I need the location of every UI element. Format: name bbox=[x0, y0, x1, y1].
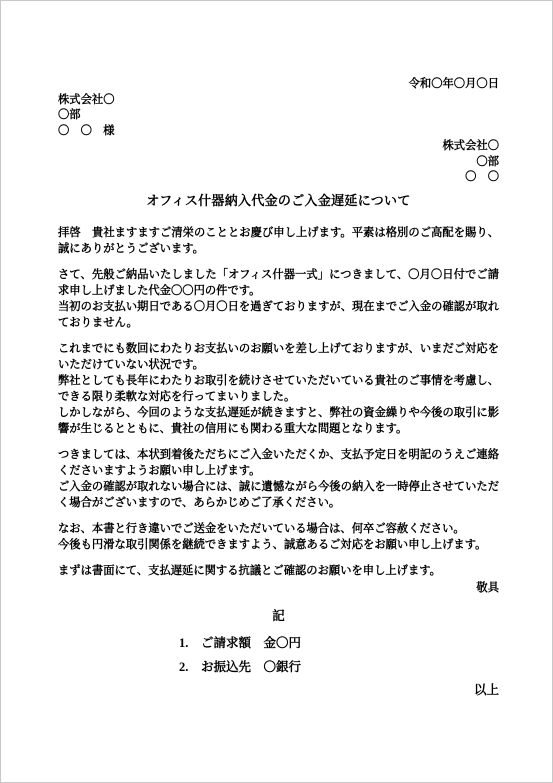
body-line: しかしながら、今回のような支払遅延が続きますと、弊社の資金繰りや今後の取引に影響… bbox=[58, 405, 499, 437]
record-item-text: ご請求額 金〇円 bbox=[201, 636, 301, 650]
record-heading: 記 bbox=[58, 608, 499, 625]
sender-department: 〇部 bbox=[58, 154, 499, 170]
recipient-department: 〇部 bbox=[58, 107, 499, 123]
body-line: ご入金の確認が取れない場合には、誠に遺憾ながら今後の納入を一時停止させていただく… bbox=[58, 479, 499, 511]
closing-keigu: 敬具 bbox=[58, 580, 499, 596]
paragraph-block: 拝啓 貴社ますますご清栄のこととお慶び申し上げます。平素は格別のご高配を賜り、誠… bbox=[58, 225, 499, 257]
paragraph-block: つきましては、本状到着後ただちにご入金いただくか、支払予定日を明記のうえご連絡く… bbox=[58, 447, 499, 511]
paragraph-block: これまでにも数回にわたりお支払いのお願いを差し上げておりますが、いまだご対応をい… bbox=[58, 341, 499, 437]
record-list: 1.ご請求額 金〇円2.お振込先 〇銀行 bbox=[58, 635, 499, 675]
body-line: これまでにも数回にわたりお支払いのお願いを差し上げておりますが、いまだご対応をい… bbox=[58, 341, 499, 373]
letter-page: 令和〇年〇月〇日 株式会社〇 〇部 〇 〇 様 株式会社〇 〇部 〇 〇 オフィ… bbox=[0, 0, 553, 783]
paragraph-block: なお、本書と行き違いでご送金をいただいている場合は、何卒ご容赦ください。今後も円… bbox=[58, 521, 499, 553]
end-marker: 以上 bbox=[58, 682, 499, 699]
recipient-block: 株式会社〇 〇部 〇 〇 様 bbox=[58, 92, 499, 139]
body-line: 当初のお支払い期日である〇月〇日を過ぎておりますが、現在までご入金の確認が取れて… bbox=[58, 299, 499, 331]
body-line: 拝啓 貴社ますますご清栄のこととお慶び申し上げます。平素は格別のご高配を賜り、誠… bbox=[58, 225, 499, 257]
body-line: つきましては、本状到着後ただちにご入金いただくか、支払予定日を明記のうえご連絡く… bbox=[58, 447, 499, 479]
record-item-text: お振込先 〇銀行 bbox=[201, 660, 301, 674]
sender-person: 〇 〇 bbox=[58, 169, 499, 185]
letter-date: 令和〇年〇月〇日 bbox=[58, 76, 499, 92]
letter-title: オフィス什器納入代金のご入金遅延について bbox=[58, 192, 499, 211]
sender-block: 株式会社〇 〇部 〇 〇 bbox=[58, 138, 499, 185]
record-item: 1.ご請求額 金〇円 bbox=[179, 635, 499, 651]
letter-body: 拝啓 貴社ますますご清栄のこととお慶び申し上げます。平素は格別のご高配を賜り、誠… bbox=[58, 225, 499, 579]
paragraph-block: まずは書面にて、支払遅延に関する抗議とご確認のお願いを申し上げます。 bbox=[58, 563, 499, 579]
recipient-person: 〇 〇 様 bbox=[58, 123, 499, 139]
body-line: 今後も円滑な取引関係を継続できますよう、誠意あるご対応をお願い申し上げます。 bbox=[58, 537, 499, 553]
sender-company: 株式会社〇 bbox=[58, 138, 499, 154]
body-line: 弊社としても長年にわたりお取引を続けさせていただいている貴社のご事情を考慮し、で… bbox=[58, 373, 499, 405]
paragraph-block: さて、先般ご納品いたしました「オフィス什器一式」につきまして、〇月〇日付でご請求… bbox=[58, 267, 499, 331]
record-item: 2.お振込先 〇銀行 bbox=[179, 659, 499, 675]
body-line: まずは書面にて、支払遅延に関する抗議とご確認のお願いを申し上げます。 bbox=[58, 563, 499, 579]
body-line: さて、先般ご納品いたしました「オフィス什器一式」につきまして、〇月〇日付でご請求… bbox=[58, 267, 499, 299]
recipient-company: 株式会社〇 bbox=[58, 92, 499, 108]
record-item-number: 1. bbox=[179, 635, 201, 651]
body-line: なお、本書と行き違いでご送金をいただいている場合は、何卒ご容赦ください。 bbox=[58, 521, 499, 537]
record-item-number: 2. bbox=[179, 659, 201, 675]
